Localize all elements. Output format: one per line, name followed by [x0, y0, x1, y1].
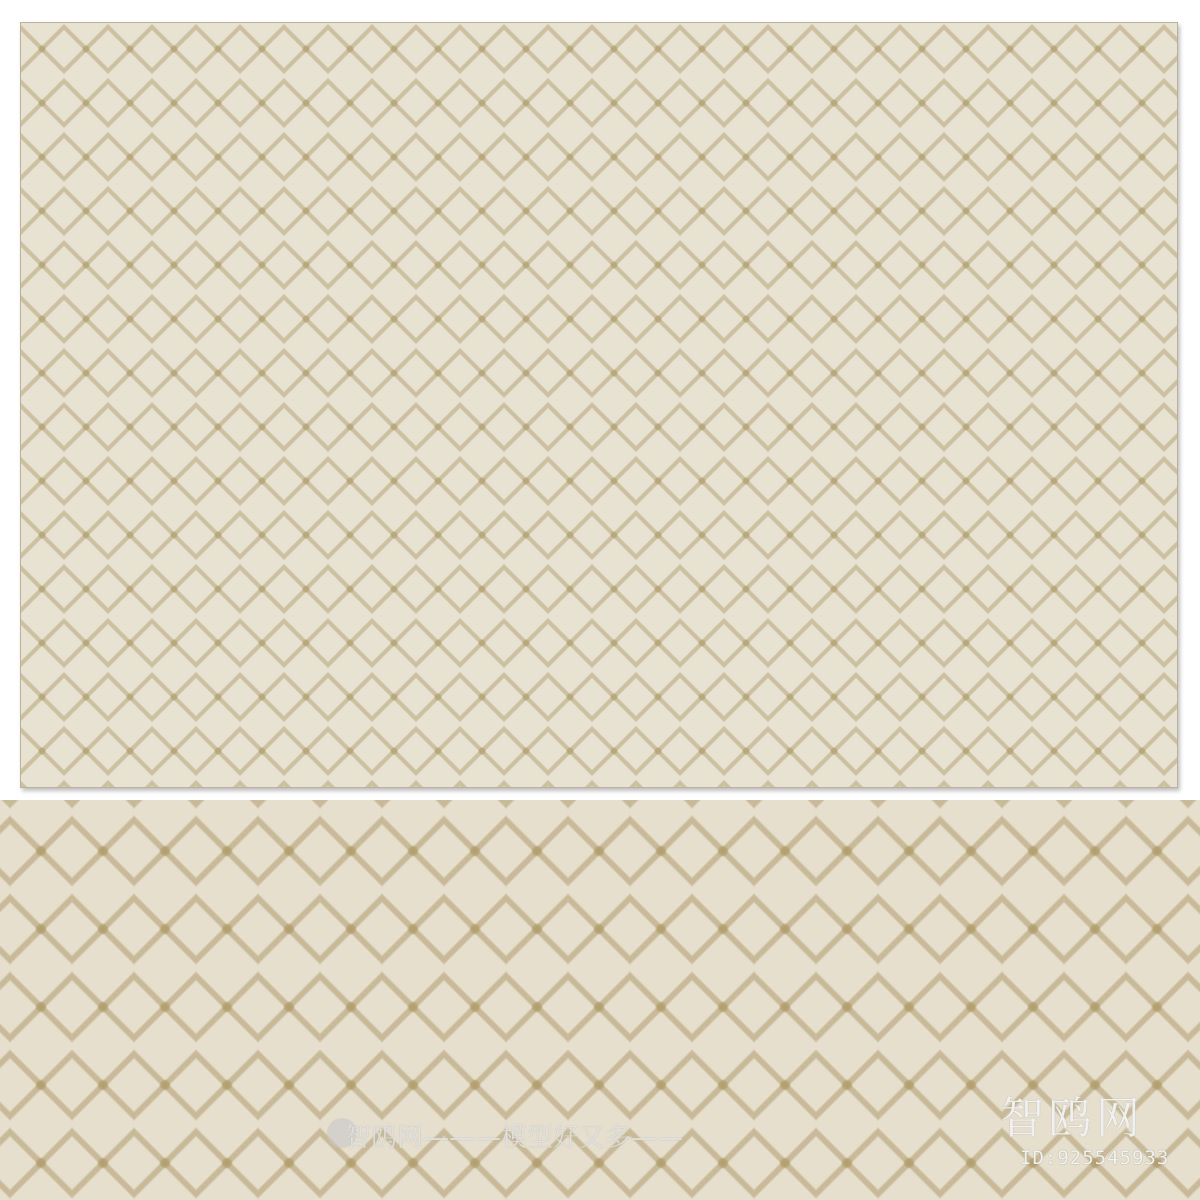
watermark-brand: 智鸥网	[1000, 1082, 1144, 1146]
watermark-slogan: 智鸥网———模型好又多——	[345, 1117, 683, 1154]
watermark-id: ID:925545933	[1020, 1147, 1169, 1169]
rug-full-view	[20, 22, 1178, 788]
